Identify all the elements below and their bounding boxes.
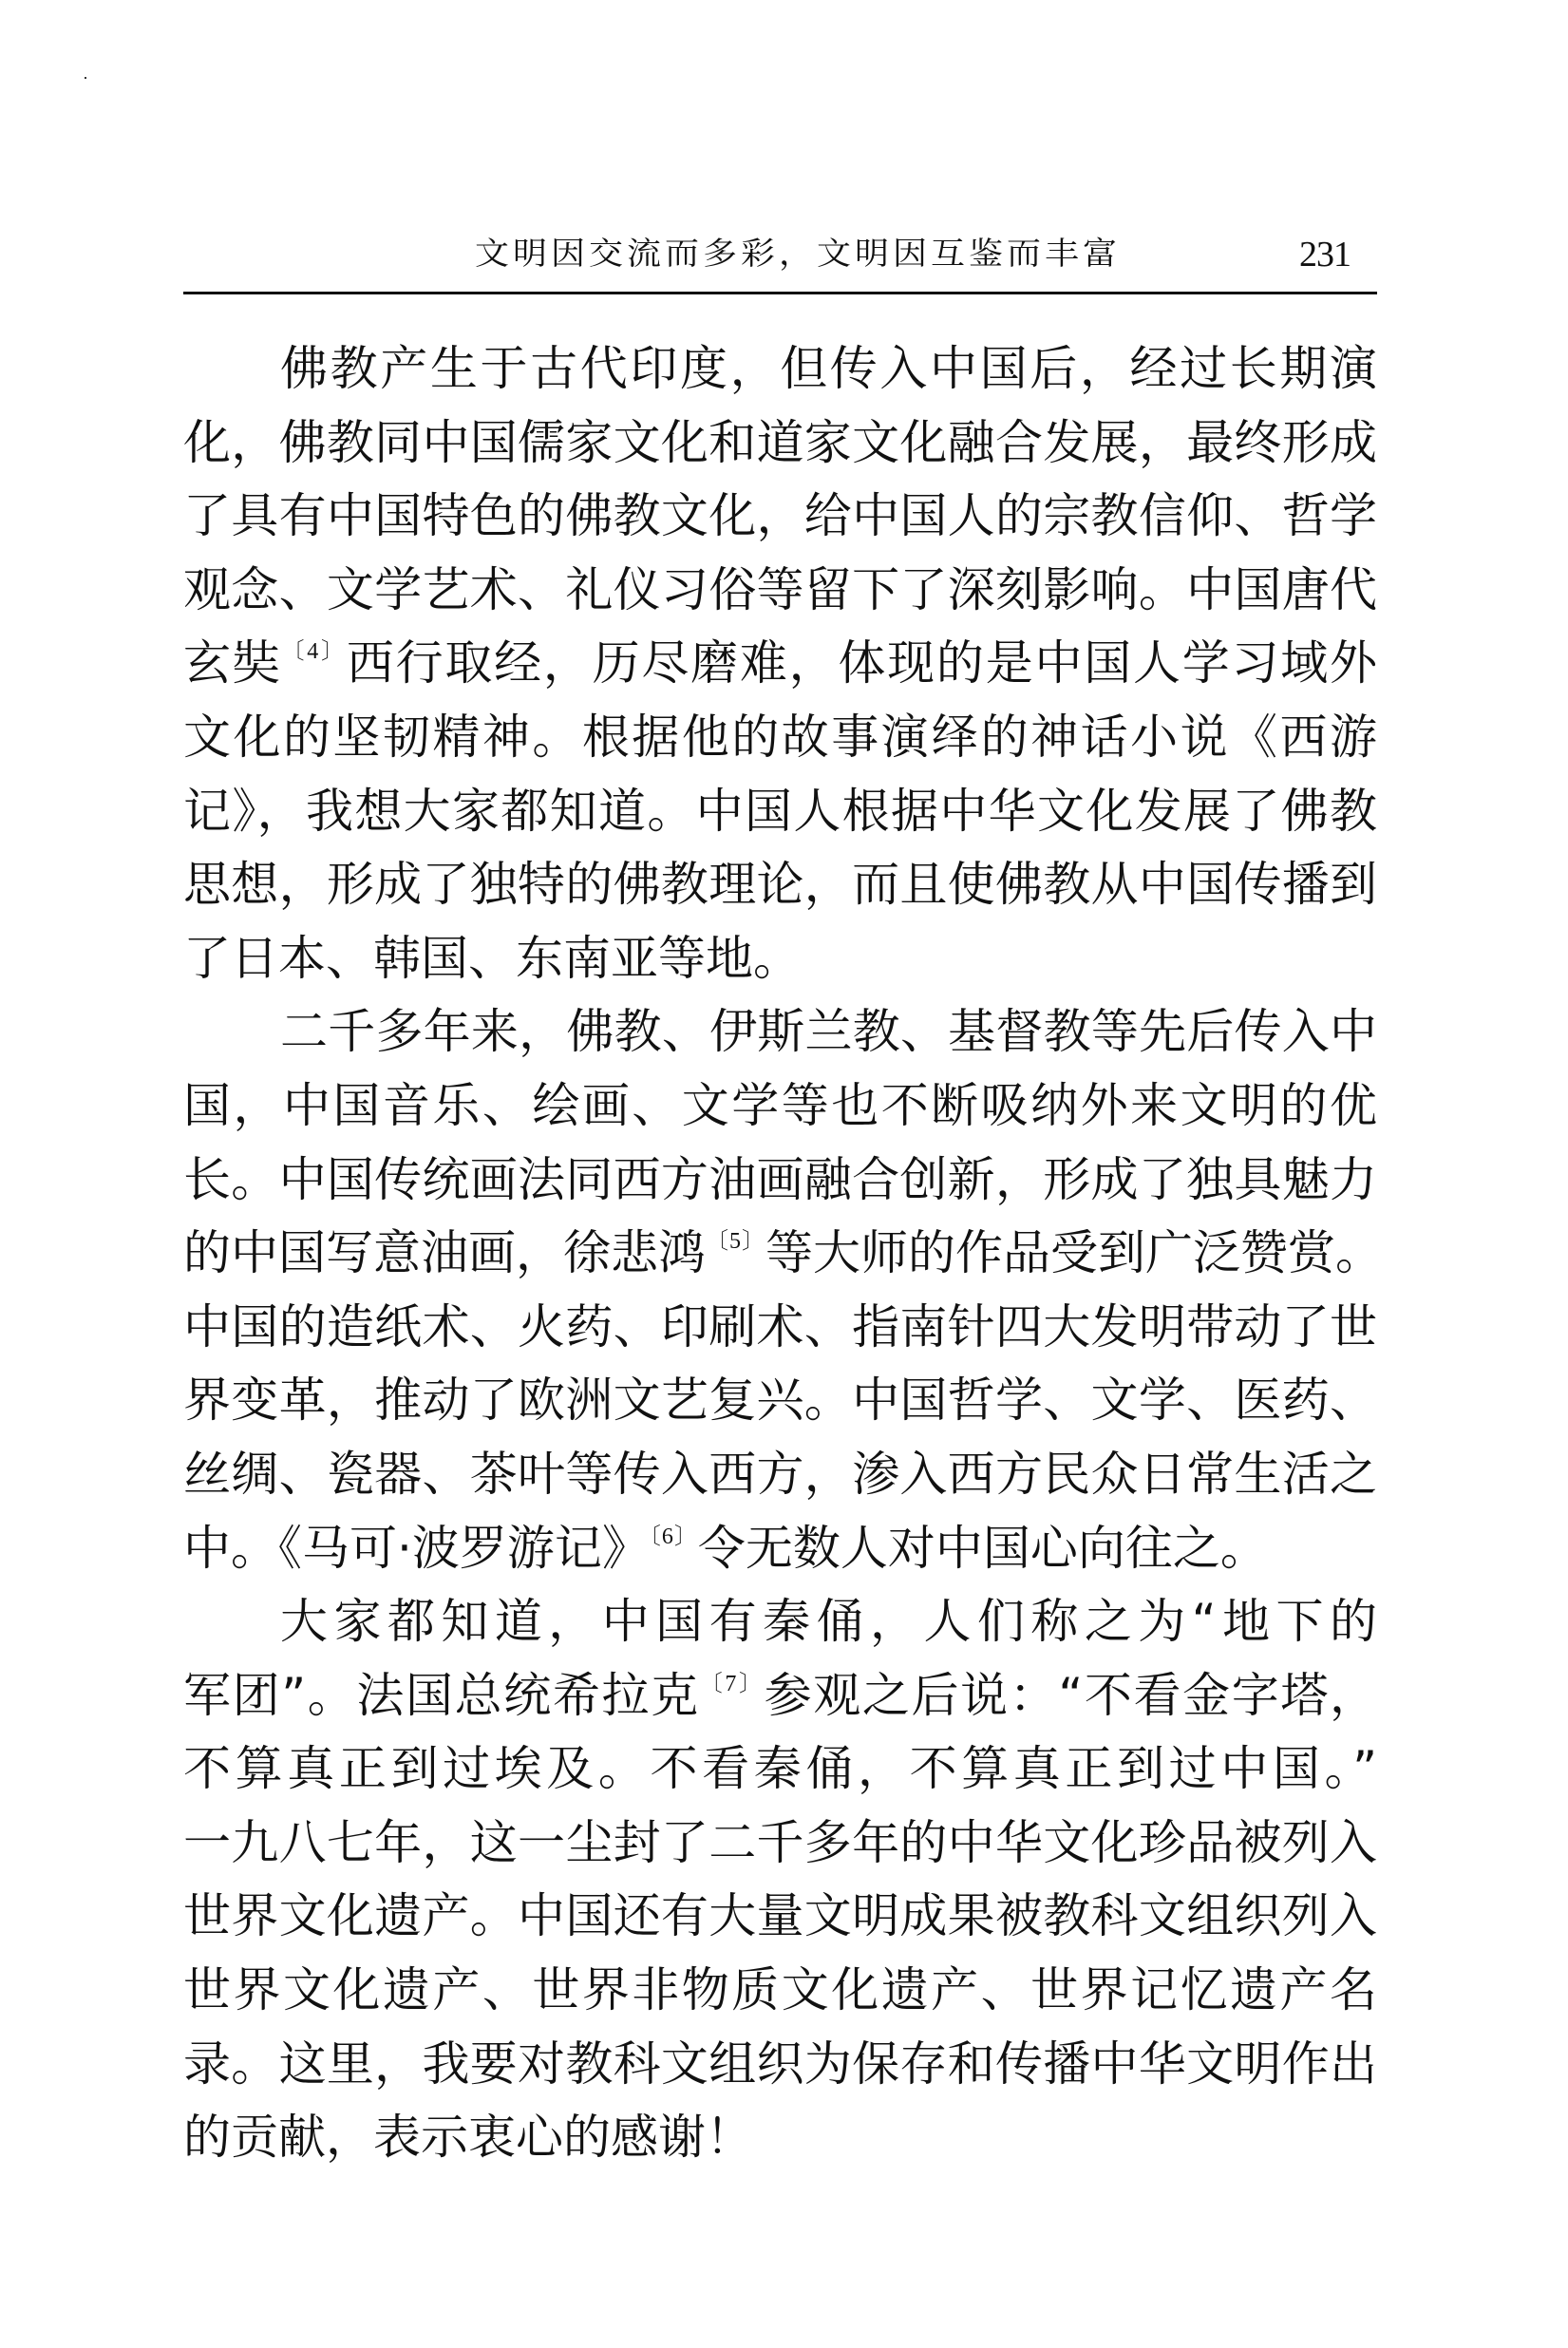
text-line: 观念、文学艺术、礼仪习俗等留下了深刻影响。中国唐代 <box>183 554 1377 628</box>
text-line: 一九八七年，这一尘封了二千多年的中华文化珍品被列入 <box>183 1807 1377 1881</box>
text-line: 中国的造纸术、火药、印刷术、指南针四大发明带动了世 <box>183 1291 1377 1365</box>
text-line: 世界文化遗产。中国还有大量文明成果被教科文组织列入 <box>183 1880 1377 1954</box>
text-line: 的贡献，表示衷心的感谢！ <box>183 2101 1377 2175</box>
text-line: 丝绸、瓷器、茶叶等传入西方，渗入西方民众日常生活之 <box>183 1438 1377 1512</box>
paragraph-3: 大家都知道，中国有秦俑，人们称之为“地下的 军团”。法国总统希拉克〔7〕参观之后… <box>183 1585 1377 2175</box>
text-line: 长。中国传统画法同西方油画融合创新，形成了独具魅力 <box>183 1144 1377 1218</box>
text-segment: 中。《马可·波罗游记》 <box>183 1521 650 1576</box>
text-segment: 西行取经，历尽磨难，体现的是中国人学习域外 <box>347 635 1377 691</box>
text-segment: 玄奘 <box>183 635 282 691</box>
text-line: 不算真正到过埃及。不看秦俑，不算真正到过中国。” <box>183 1733 1377 1807</box>
text-line: 了日本、韩国、东南亚等地。 <box>183 922 1377 996</box>
text-segment: 的中国写意油画，徐悲鸿 <box>183 1225 706 1280</box>
footnote-marker: 〔5〕 <box>706 1229 765 1254</box>
page-number: 231 <box>1299 228 1351 281</box>
paragraph-2: 二千多年来，佛教、伊斯兰教、基督教等先后传入中 国，中国音乐、绘画、文学等也不断… <box>183 995 1377 1585</box>
text-line: 文化的坚韧精神。根据他的故事演绎的神话小说《西游 <box>183 701 1377 775</box>
text-line: 界变革，推动了欧洲文艺复兴。中国哲学、文学、医药、 <box>183 1364 1377 1438</box>
paragraph-1: 佛教产生于古代印度，但传入中国后，经过长期演 化，佛教同中国儒家文化和道家文化融… <box>183 332 1377 995</box>
text-line: 大家都知道，中国有秦俑，人们称之为“地下的 <box>183 1585 1377 1659</box>
text-line: 化，佛教同中国儒家文化和道家文化融合发展，最终形成 <box>183 407 1377 481</box>
header-rule <box>183 292 1377 294</box>
text-line: 记》，我想大家都知道。中国人根据中华文化发展了佛教 <box>183 775 1377 849</box>
text-segment: 等大师的作品受到广泛赞赏。 <box>765 1225 1383 1280</box>
text-line: 国，中国音乐、绘画、文学等也不断吸纳外来文明的优 <box>183 1070 1377 1144</box>
text-segment: 参观之后说：“不看金字塔， <box>765 1668 1377 1723</box>
text-line: 军团”。法国总统希拉克〔7〕参观之后说：“不看金字塔， <box>183 1659 1377 1733</box>
scan-speck <box>85 77 86 79</box>
text-line: 玄奘〔4〕西行取经，历尽磨难，体现的是中国人学习域外 <box>183 627 1377 701</box>
footnote-marker: 〔6〕 <box>650 1524 698 1549</box>
footnote-marker: 〔4〕 <box>282 639 347 664</box>
body-text: 佛教产生于古代印度，但传入中国后，经过长期演 化，佛教同中国儒家文化和道家文化融… <box>183 332 1377 2175</box>
book-page: 文明因交流而多彩，文明因互鉴而丰富 231 佛教产生于古代印度，但传入中国后，经… <box>0 0 1568 2348</box>
running-head: 文明因交流而多彩，文明因互鉴而丰富 231 <box>183 228 1377 281</box>
text-line: 录。这里，我要对教科文组织为保存和传播中华文明作出 <box>183 2028 1377 2102</box>
text-line: 二千多年来，佛教、伊斯兰教、基督教等先后传入中 <box>183 995 1377 1070</box>
running-title: 文明因交流而多彩，文明因互鉴而丰富 <box>475 230 1092 279</box>
text-line: 了具有中国特色的佛教文化，给中国人的宗教信仰、哲学 <box>183 480 1377 554</box>
text-segment: 令无数人对中国心向往之。 <box>698 1521 1268 1576</box>
text-line: 世界文化遗产、世界非物质文化遗产、世界记忆遗产名 <box>183 1954 1377 2028</box>
footnote-marker: 〔7〕 <box>700 1672 765 1696</box>
text-line: 的中国写意油画，徐悲鸿〔5〕等大师的作品受到广泛赞赏。 <box>183 1217 1377 1291</box>
text-segment: 军团”。法国总统希拉克 <box>183 1668 700 1723</box>
text-line: 佛教产生于古代印度，但传入中国后，经过长期演 <box>183 332 1377 407</box>
text-line: 思想，形成了独特的佛教理论，而且使佛教从中国传播到 <box>183 848 1377 922</box>
text-line: 中。《马可·波罗游记》〔6〕令无数人对中国心向往之。 <box>183 1512 1377 1586</box>
